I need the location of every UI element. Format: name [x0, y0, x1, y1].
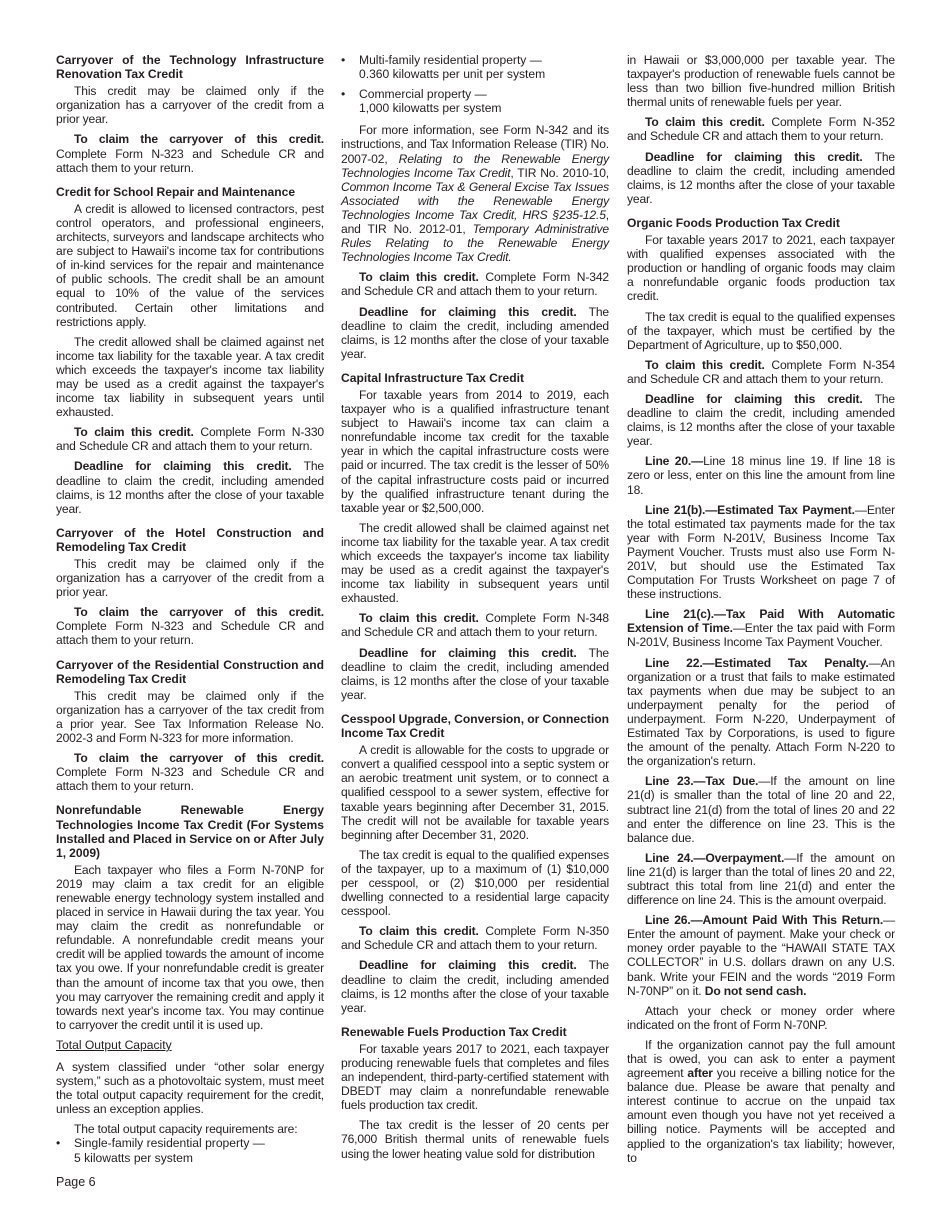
paragraph: To claim this credit. Complete Form N-35… — [627, 358, 895, 386]
paragraph: The credit allowed shall be claimed agai… — [341, 521, 609, 606]
line-26-instruction: Line 26.—Amount Paid With This Return.—E… — [627, 913, 895, 998]
paragraph: A system classified under “other solar e… — [56, 1060, 324, 1116]
paragraph: To claim the carryover of this credit. C… — [56, 751, 324, 793]
column-2: Multi-family residential property —0.360… — [341, 53, 609, 1167]
paragraph: A credit is allowable for the costs to u… — [341, 743, 609, 842]
section-heading: Renewable Fuels Production Tax Credit — [341, 1025, 609, 1039]
page-number: Page 6 — [56, 1175, 96, 1189]
subheading: Total Output Capacity — [56, 1038, 324, 1052]
paragraph: Each taxpayer who files a Form N-70NP fo… — [56, 863, 324, 1032]
section-heading: Carryover of the Technology Infrastructu… — [56, 53, 324, 81]
paragraph: Deadline for claiming this credit. The d… — [627, 150, 895, 206]
paragraph: This credit may be claimed only if the o… — [56, 557, 324, 599]
paragraph: This credit may be claimed only if the o… — [56, 689, 324, 745]
section-heading: Credit for School Repair and Maintenance — [56, 185, 324, 199]
paragraph: For more information, see Form N-342 and… — [341, 123, 609, 264]
paragraph: To claim this credit. Complete Form N-35… — [341, 924, 609, 952]
paragraph: To claim this credit. Complete Form N-33… — [56, 425, 324, 453]
bullet-item: Multi-family residential property —0.360… — [341, 53, 609, 81]
paragraph: A credit is allowed to licensed contract… — [56, 202, 324, 329]
paragraph: The tax credit is the lesser of 20 cents… — [341, 1118, 609, 1160]
section-heading: Organic Foods Production Tax Credit — [627, 216, 895, 230]
bullet-item: Commercial property —1,000 kilowatts per… — [341, 87, 609, 115]
paragraph: This credit may be claimed only if the o… — [56, 84, 324, 126]
paragraph: The total output capacity requirements a… — [56, 1122, 324, 1136]
line-21c-instruction: Line 21(c).—Tax Paid With Automatic Exte… — [627, 607, 895, 649]
paragraph: For taxable years 2017 to 2021, each tax… — [627, 233, 895, 303]
section-heading: Carryover of the Residential Constructio… — [56, 658, 324, 686]
line-23-instruction: Line 23.—Tax Due.—If the amount on line … — [627, 774, 895, 844]
paragraph: To claim the carryover of this credit. C… — [56, 605, 324, 647]
paragraph: For taxable years from 2014 to 2019, eac… — [341, 388, 609, 515]
paragraph: Deadline for claiming this credit. The d… — [341, 646, 609, 702]
section-heading: Capital Infrastructure Tax Credit — [341, 371, 609, 385]
paragraph: Deadline for claiming this credit. The d… — [627, 392, 895, 448]
column-1: Carryover of the Technology Infrastructu… — [56, 53, 324, 1171]
section-heading: Cesspool Upgrade, Conversion, or Connect… — [341, 712, 609, 740]
paragraph: Deadline for claiming this credit. The d… — [341, 958, 609, 1014]
paragraph: To claim this credit. Complete Form N-35… — [627, 115, 895, 143]
paragraph: Attach your check or money order where i… — [627, 1004, 895, 1032]
paragraph: The tax credit is equal to the qualified… — [627, 310, 895, 352]
line-20-instruction: Line 20.—Line 18 minus line 19. If line … — [627, 454, 895, 496]
paragraph: To claim the carryover of this credit. C… — [56, 132, 324, 174]
line-22-instruction: Line 22.—Estimated Tax Penalty.—An organ… — [627, 656, 895, 769]
line-24-instruction: Line 24.—Overpayment.—If the amount on l… — [627, 851, 895, 907]
section-heading: Carryover of the Hotel Construction and … — [56, 526, 324, 554]
line-21b-instruction: Line 21(b).—Estimated Tax Payment.—Enter… — [627, 503, 895, 602]
paragraph: The credit allowed shall be claimed agai… — [56, 335, 324, 420]
paragraph: To claim this credit. Complete Form N-34… — [341, 611, 609, 639]
paragraph: For taxable years 2017 to 2021, each tax… — [341, 1042, 609, 1112]
paragraph: in Hawaii or $3,000,000 per taxable year… — [627, 53, 895, 109]
column-3: in Hawaii or $3,000,000 per taxable year… — [627, 53, 895, 1171]
bullet-item: Single-family residential property —5 ki… — [56, 1136, 324, 1164]
section-heading: Nonrefundable Renewable Energy Technolog… — [56, 803, 324, 859]
paragraph: Deadline for claiming this credit. The d… — [56, 459, 324, 515]
paragraph: The tax credit is equal to the qualified… — [341, 848, 609, 918]
paragraph: If the organization cannot pay the full … — [627, 1038, 895, 1165]
paragraph: Deadline for claiming this credit. The d… — [341, 305, 609, 361]
paragraph: To claim this credit. Complete Form N-34… — [341, 270, 609, 298]
